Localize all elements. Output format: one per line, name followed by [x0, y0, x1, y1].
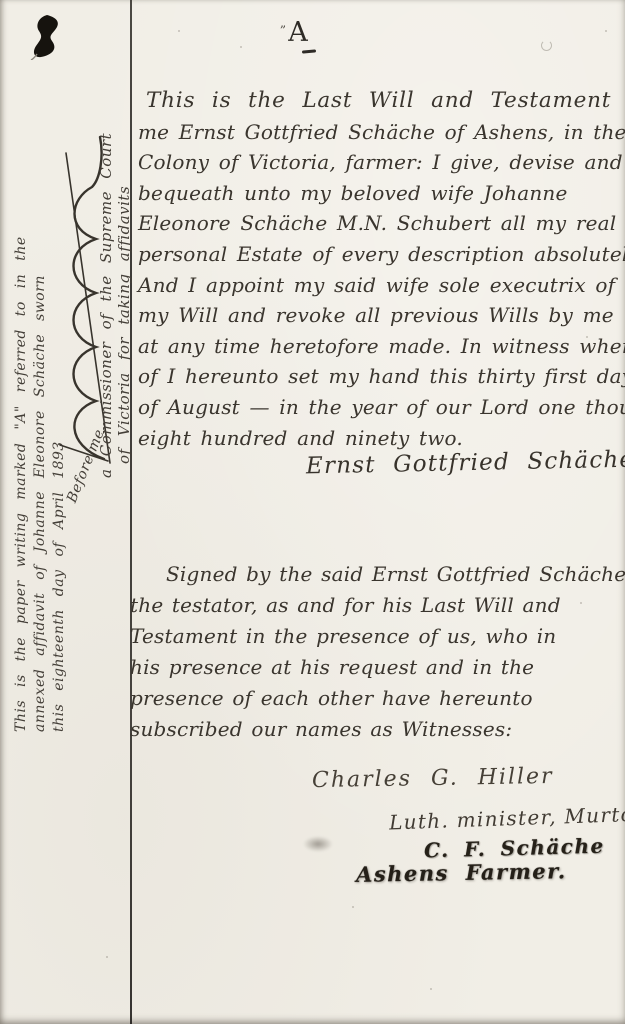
will-text-line: personal Estate of every description abs… — [138, 239, 625, 270]
exhibit-mark-a: „A — [280, 16, 309, 48]
testator-signature: Ernst Gottfried Schäche — [306, 447, 625, 480]
will-text-line: my Will and revoke all previous Wills by… — [138, 300, 625, 331]
witness-occupation-hiller: Luth. minister, Murtoa — [389, 802, 625, 835]
paper-speck — [580, 602, 582, 604]
commissioner-title: a Commissioner of the Supreme Court of V… — [97, 88, 135, 478]
attestation-line: Signed by the said Ernst Gottfried Schäc… — [130, 559, 625, 590]
will-body-text: This is the Last Will and Testament of m… — [138, 86, 625, 453]
will-text-line: bequeath unto my beloved wife Johanne — [138, 178, 625, 209]
will-text-line: at any time heretofore made. In witness … — [138, 331, 625, 362]
exhibit-letter: A — [288, 17, 309, 48]
exhibit-underline-dash — [302, 49, 316, 53]
will-text-line: me Ernst Gottfried Schäche of Ashens, in… — [138, 117, 625, 148]
paper-speck — [586, 336, 588, 338]
attestation-line: his presence at his request and in the — [130, 652, 625, 683]
will-text-line: Eleonore Schäche M.N. Schubert all my re… — [138, 208, 625, 239]
ink-smudge — [303, 836, 333, 852]
exhibit-quote-mark: „ — [280, 16, 286, 30]
margin-note-line: This is the paper writing marked "A" ref… — [12, 166, 31, 732]
will-text-line: This is the Last Will and Testament of — [138, 86, 625, 117]
attestation-line: subscribed our names as Witnesses: — [130, 714, 625, 745]
faint-ring-mark — [541, 40, 552, 51]
commissioner-title-line: of Victoria for taking affidavits — [115, 88, 133, 478]
paper-speck — [106, 956, 108, 958]
attestation-line: the testator, as and for his Last Will a… — [130, 590, 625, 621]
attestation-clause: Signed by the said Ernst Gottfried Schäc… — [130, 559, 625, 745]
witness-signature-hiller: Charles G. Hiller — [312, 764, 554, 793]
witness-signature-schache: C. F. Schäche — [424, 834, 605, 863]
commissioner-title-line: a Commissioner of the Supreme Court — [97, 88, 115, 478]
paper-speck — [240, 46, 242, 48]
attestation-line: Testament in the presence of us, who in — [130, 621, 625, 652]
will-text-line: of August — in the year of our Lord one … — [138, 392, 625, 423]
will-text-line: And I appoint my said wife sole executri… — [138, 270, 625, 301]
paper-speck — [605, 30, 607, 32]
paper-speck — [352, 906, 354, 908]
witness-occupation-schache: Ashens Farmer. — [356, 858, 567, 887]
paper-speck — [430, 988, 432, 990]
will-text-line: Colony of Victoria, farmer: I give, devi… — [138, 147, 625, 178]
attestation-line: presence of each other have hereunto — [130, 683, 625, 714]
ink-blot-icon — [30, 14, 66, 60]
paper-speck — [178, 30, 180, 32]
scanned-will-page: „A This is the Last Will and Testament o… — [0, 0, 625, 1024]
will-text-line: of I hereunto set my hand this thirty fi… — [138, 361, 625, 392]
